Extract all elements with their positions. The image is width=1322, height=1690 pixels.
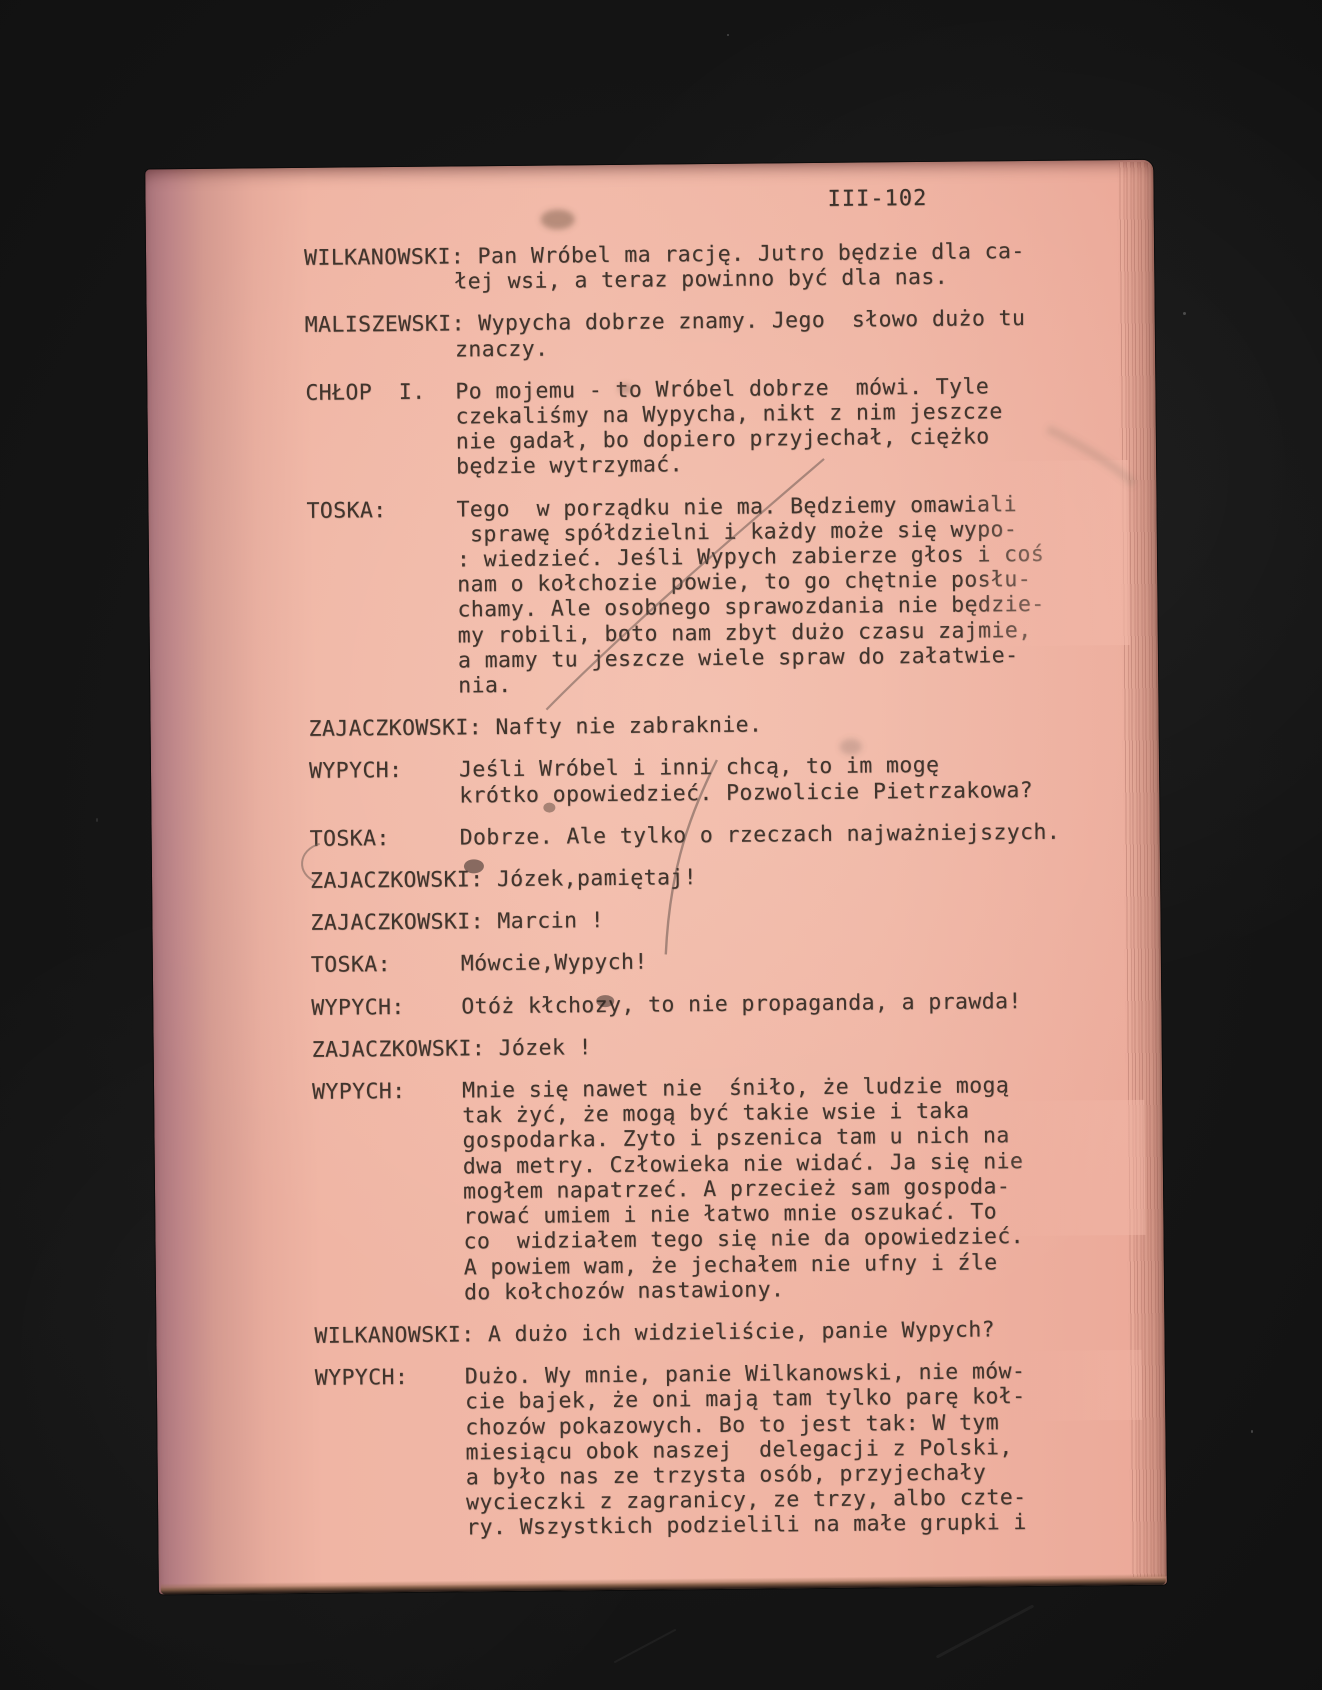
scan-background: III-102 WILKANOWSKI: Pan Wróbel ma rację… (0, 0, 1322, 1690)
dialogue-block: ZAJACZKOWSKI: Józek,pamiętaj! (310, 862, 1070, 894)
dialogue-block: WILKANOWSKI: A dużo ich widzieliście, pa… (314, 1316, 1074, 1348)
dialogue-text: Otóż kłchozy, to nie propaganda, a prawd… (461, 989, 1022, 1020)
speaker-label: ZAJACZKOWSKI: (312, 1036, 486, 1063)
dialogue-text: Wypycha dobrze znamy. Jego słowo dużo tu… (455, 306, 1026, 362)
dialogue-text: Nafty nie zabraknie. (482, 713, 762, 741)
dialogue-text: Pan Wróbel ma rację. Jutro będzie dla ca… (454, 239, 1025, 295)
dialogue-text: Mnie się nawet nie śniło, że ludzie mogą… (462, 1073, 1025, 1305)
dialogue-block: WILKANOWSKI: Pan Wróbel ma rację. Jutro … (304, 239, 1064, 297)
speaker-label: ZAJACZKOWSKI: (310, 909, 484, 936)
page-stack-edge (1117, 162, 1167, 1577)
dialogue-block: TOSKA:Dobrze. Ale tylko o rzeczach najwa… (310, 819, 1070, 851)
scratch-mark (936, 1604, 1035, 1658)
dialogue-block: ZAJACZKOWSKI: Nafty nie zabraknie. (308, 710, 1068, 742)
speaker-label: MALISZEWSKI: (305, 312, 465, 339)
dialogue-text: Jeśli Wróbel i inni chcą, to im mogę kró… (459, 752, 1033, 808)
ink-stain (541, 209, 575, 229)
dialogue-block: TOSKA:Tego w porządku nie ma. Będziemy o… (306, 491, 1068, 700)
dialogue-text: A dużo ich widzieliście, panie Wypych? (474, 1317, 995, 1347)
speaker-label: WYPYCH: (315, 1365, 467, 1543)
speaker-label: CHŁOP I. (305, 379, 456, 481)
speaker-label: WILKANOWSKI: (314, 1322, 474, 1349)
dialogue-block: ZAJACZKOWSKI: Józek ! (312, 1030, 1072, 1062)
dust-speck (96, 818, 98, 822)
speaker-label: TOSKA: (306, 497, 458, 700)
speaker-label: WYPYCH: (309, 758, 459, 810)
dialogue-block: WYPYCH:Mnie się nawet nie śniło, że ludz… (312, 1073, 1074, 1307)
dialogue-block: WYPYCH:Otóż kłchozy, to nie propaganda, … (311, 988, 1071, 1020)
dialogue-block: ZAJACZKOWSKI: Marcin ! (310, 904, 1070, 936)
speaker-label: ZAJACZKOWSKI: (310, 867, 484, 894)
dialogue-text: Dużo. Wy mnie, panie Wilkanowski, nie mó… (465, 1359, 1027, 1541)
dust-speck (1251, 1430, 1253, 1433)
dialogue-list: WILKANOWSKI: Pan Wróbel ma rację. Jutro … (304, 239, 1077, 1560)
dialogue-block: TOSKA:Mówcie,Wypych! (311, 946, 1071, 978)
dialogue-block: CHŁOP I.Po mojemu - to Wróbel dobrze mów… (305, 373, 1066, 481)
dialogue-text: Marcin ! (484, 908, 604, 934)
dialogue-text: Po mojemu - to Wróbel dobrze mówi. Tyle … (455, 374, 1003, 480)
page-bottom-edge (161, 1574, 1166, 1595)
page-number: III-102 (827, 186, 927, 212)
dialogue-block: MALISZEWSKI: Wypycha dobrze znamy. Jego … (305, 306, 1065, 364)
dust-speck (727, 34, 729, 36)
dialogue-block: WYPYCH:Dużo. Wy mnie, panie Wilkanowski,… (315, 1359, 1077, 1543)
speaker-label: TOSKA: (311, 952, 461, 979)
script-page: III-102 WILKANOWSKI: Pan Wróbel ma rację… (145, 160, 1167, 1595)
dialogue-block: WYPYCH:Jeśli Wróbel i inni chcą, to im m… (309, 752, 1069, 810)
speaker-label: WYPYCH: (312, 1079, 464, 1307)
scratch-mark (614, 1629, 677, 1664)
dialogue-text: Józek ! (485, 1035, 592, 1061)
speaker-label: WYPYCH: (311, 994, 461, 1021)
speaker-label: ZAJACZKOWSKI: (308, 715, 482, 742)
speaker-label: WILKANOWSKI: (304, 244, 464, 271)
dialogue-text: Dobrze. Ale tylko o rzeczach najważniejs… (460, 820, 1061, 851)
dialogue-text: Mówcie,Wypych! (461, 950, 648, 977)
dialogue-text: Józek,pamiętaj! (483, 865, 697, 892)
dust-speck (1183, 312, 1186, 315)
dialogue-text: Tego w porządku nie ma. Będziemy omawial… (456, 491, 1045, 698)
speaker-label: TOSKA: (310, 825, 460, 852)
